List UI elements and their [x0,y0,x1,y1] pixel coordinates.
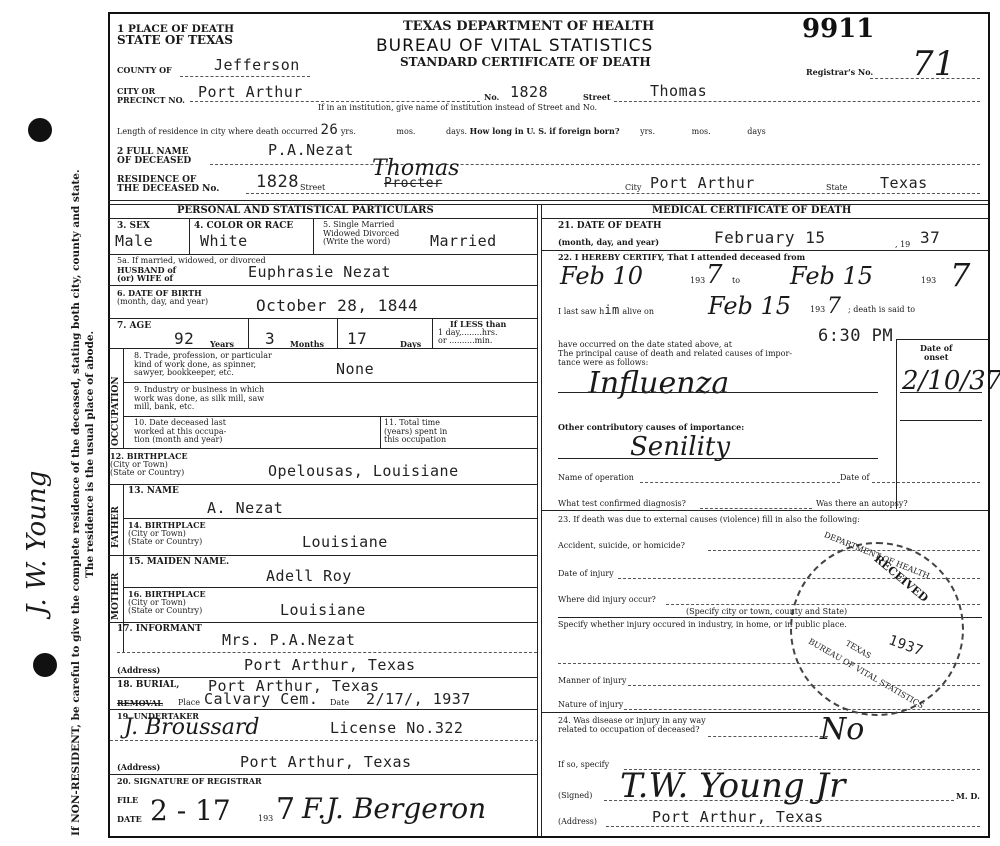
mother-birthplace: Louisiane [280,601,366,619]
registrar-signature: F.J. Bergeron [302,792,486,825]
registrar-no-label: Registrar's No. [806,68,873,77]
md-label: M. D. [956,792,980,801]
county-label: COUNTY OF [117,66,172,75]
license-number: License No.322 [330,719,463,737]
burial-date: 2/17/, 1937 [366,690,471,708]
birthplace-value: Opelousas, Louisiane [268,462,459,480]
place-label: Place [178,699,200,708]
father-side-label: FATHER [112,506,121,548]
death-said-label: ; death is said to [848,306,915,315]
sex-label: 3. SEX [117,222,150,231]
department-title: TEXAS DEPARTMENT OF HEALTH [403,22,654,31]
father-name-label: 13. NAME [128,487,179,496]
bureau-title: BUREAU OF VITAL STATISTICS [376,36,653,56]
residence-city-label: City [625,184,641,193]
punch-hole-top [28,118,52,142]
age-months: 3 [265,329,275,348]
marital-label: 5. Single MarriedWidowed Divorced(Write … [323,221,399,247]
place-number: 1828 [510,83,548,101]
dob-label: 6. DATE OF BIRTH(month, day, and year) [117,289,208,306]
accident-label: Accident, suicide, or homicide? [558,542,685,551]
dod-sub-label: (month, day, and year) [558,238,659,247]
residence-instruction: The residence is the usual place of abod… [86,331,95,578]
mother-birthplace-label: 16. BIRTHPLACE(City or Town)(State or Co… [128,590,206,616]
dod-value: February 15 [714,228,825,247]
injury-where-label: Where did injury occur? [558,596,656,605]
residence-street-handwritten: Thomas [372,156,459,181]
residence-years: 26 [320,122,338,138]
personal-section-title: PERSONAL AND STATISTICAL PARTICULARS [177,206,434,215]
operation-date-label: Date of [840,474,869,483]
file-date: 2 - 17 [150,794,231,827]
operation-label: Name of operation [558,474,634,483]
if-so-label: If so, specify [558,761,609,770]
deceased-name: P.A.Nezat [268,141,354,159]
residence-city: Port Arthur [650,174,755,192]
dod-year-prefix: , 19 [895,241,910,250]
last-worked-label: 10. Date deceased lastworked at this occ… [134,419,226,445]
birthplace-label: 12. BIRTHPLACE(City or Town)(State or Co… [110,452,188,478]
age-days: 17 [347,329,367,348]
form-title: STANDARD CERTIFICATE OF DEATH [400,58,651,67]
last-saw-year-prefix: 193 [810,306,825,315]
no-label: No. [484,93,499,102]
informant-address: Port Arthur, Texas [244,656,416,674]
occupation-side-label: OCCUPATION [112,376,121,446]
street-label: Street [583,93,611,102]
attended-to-year: 7 [950,256,970,294]
to-label: to [732,277,740,286]
undertaker-address: Port Arthur, Texas [240,753,412,771]
undertaker-signature: J. Broussard [124,715,260,740]
burial-date-label: Date [330,699,349,708]
informant-label: 17. INFORMANT [117,625,202,634]
mother-name: Adell Roy [266,567,352,585]
occupation-related-label: 24. Was disease or injury in any wayrela… [558,717,706,734]
mother-side-label: MOTHER [112,573,121,620]
file-year: 7 [276,792,295,827]
attended-to: Feb 15 [790,262,873,290]
autopsy-label: Was there an autopsy? [816,500,908,509]
physician-address-label: (Address) [558,818,597,827]
city-value: Port Arthur [198,83,303,101]
dod-label: 21. DATE OF DEATH [558,222,662,231]
physician-signature: T.W. Young Jr [620,766,845,806]
attended-from-year: 7 [706,260,723,290]
residence-state-label: State [826,184,847,193]
medical-section-title: MEDICAL CERTIFICATE OF DEATH [652,206,851,215]
trade-value: None [336,360,374,378]
attended-from: Feb 10 [560,262,643,290]
informant-value: Mrs. P.A.Nezat [222,631,355,649]
residence-number: 1828 [256,172,299,192]
county-value: Jefferson [214,56,300,74]
nature-label: Nature of injury [558,701,623,710]
residence-length-label: Length of residence in city where death … [117,126,766,137]
full-name-label: 2 FULL NAMEOF DECEASED [117,148,191,166]
last-saw-label: I last saw him alive on [558,306,654,317]
sex-value: Male [115,232,153,250]
burial-place: Calvary Cem. [204,690,318,708]
removal-label: REMOVAL [117,699,163,708]
dod-year: 37 [920,228,940,247]
industry-label: 9. Industry or business in whichwork was… [134,386,264,412]
father-name: A. Nezat [207,499,283,517]
signed-label: (Signed) [558,792,592,801]
residence-street-label: Street [300,184,325,193]
last-saw-pronoun: im [604,303,619,317]
residence-label: RESIDENCE OFTHE DECEASED No. [117,176,219,194]
burial-label: 18. BURIAL, [117,681,179,690]
place-of-death-label: 1 PLACE OF DEATH STATE OF TEXAS [117,24,234,46]
registrar-no: 71 [912,44,955,84]
race-label: 4. COLOR OR RACE [194,222,293,231]
external-causes-label: 23. If death was due to external causes … [558,516,860,525]
physician-address: Port Arthur, Texas [652,808,824,826]
spouse-label: 5a. If married, widowed, or divorced HUS… [117,257,266,283]
mother-name-label: 15. MAIDEN NAME. [128,558,229,567]
place-street: Thomas [650,82,707,100]
certificate-number: 9911 [802,14,874,44]
attended-to-year-prefix: 193 [921,277,936,286]
city-precinct-label: CITY ORPRECINCT NO. [117,87,185,104]
father-birthplace-label: 14. BIRTHPLACE(City or Town)(State or Co… [128,521,206,547]
manner-label: Manner of injury [558,677,626,686]
non-resident-instruction: If NON-RESIDENT, be careful to give the … [72,169,81,836]
file-date-label: DATE [117,815,142,824]
informant-address-label: (Address) [117,666,160,675]
institution-note: If in an institution, give name of insti… [318,104,597,113]
last-saw-year: 7 [827,294,841,319]
occupation-related-value: No [820,712,864,747]
attended-from-year-prefix: 193 [690,277,705,286]
injury-date-label: Date of injury [558,570,614,579]
registrar-signature-label: 20. SIGNATURE OF REGISTRAR [117,777,262,786]
residence-state: Texas [880,174,928,192]
file-label: FILE [117,796,138,805]
dob-value: October 28, 1844 [256,296,418,315]
onset-label: Date ofonset [920,344,952,361]
race-value: White [200,232,248,250]
cause-label: The principal cause of death and related… [558,350,792,367]
margin-signature: J. W. Young [22,471,52,615]
less-than-label: If LESS than1 day,........hrs.or .......… [438,320,506,346]
time-of-death: 6:30 PM [818,326,893,346]
certify-label: 22. I HEREBY CERTIFY, That I attended de… [558,253,805,262]
file-year-prefix: 193 [258,815,273,824]
last-saw-date: Feb 15 [708,292,791,320]
marital-value: Married [430,232,497,250]
age-years: 92 [174,329,194,348]
total-time-label: 11. Total time(years) spent inthis occup… [384,419,447,445]
age-label: 7. AGE [117,322,151,331]
diagnosis-label: What test confirmed diagnosis? [558,500,686,509]
spouse-value: Euphrasie Nezat [248,263,391,281]
undertaker-address-label: (Address) [117,763,160,772]
father-birthplace: Louisiane [302,533,388,551]
trade-label: 8. Trade, profession, or particularkind … [134,352,272,378]
punch-hole-bottom [33,653,57,677]
cause-of-death: Influenza [588,366,729,401]
other-causes-label: Other contributory causes of importance: [558,423,744,432]
